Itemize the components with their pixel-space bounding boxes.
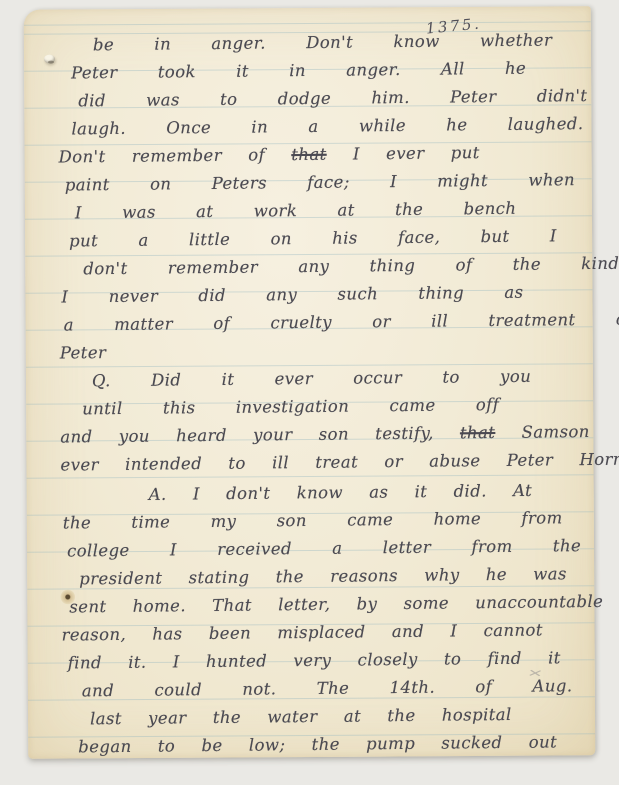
line-text: find it. I hunted very closely to find i…	[68, 648, 561, 672]
handwritten-line: Peter	[60, 345, 107, 362]
handwritten-line: sent home. That letter, by some unaccoun…	[69, 594, 603, 616]
handwritten-line: paint on Peters face; I might when	[65, 172, 575, 194]
line-text: sent home. That letter, by some unaccoun…	[69, 592, 603, 617]
handwritten-line: find it. I hunted very closely to find i…	[68, 650, 561, 672]
line-text: paint on Peters face; I might when	[65, 170, 575, 194]
handwritten-line: did was to dodge him. Peter didn't	[78, 88, 587, 110]
handwritten-line: Peter took it in anger. All he	[71, 61, 526, 82]
handwritten-line: the time my son came home from	[63, 510, 563, 532]
handwritten-line: a matter of cruelty or ill treatment of	[64, 312, 619, 334]
handwritten-line: A. I don't know as it did. At	[149, 483, 533, 504]
handwritten-line: last year the water at the hospital	[90, 707, 512, 728]
line-text: president stating the reasons why he was	[79, 564, 567, 588]
handwriting-block: be in anger. Don't know whether Peter to…	[24, 6, 596, 758]
struck-word: that	[291, 145, 327, 164]
line-text-pre: and you heard your son testify,	[60, 423, 460, 446]
line-text: last year the water at the hospital	[90, 705, 512, 728]
line-text: laugh. Once in a while he laughed.	[71, 114, 583, 138]
line-text: Peter	[60, 343, 107, 362]
struck-word: that	[460, 423, 496, 442]
line-text: until this investigation came off	[82, 395, 499, 418]
line-text: college I received a letter from the	[67, 536, 581, 560]
handwritten-line: began to be low; the pump sucked out	[78, 734, 557, 756]
line-text: ever intended to ill treat or abuse Pete…	[60, 449, 619, 474]
line-text-post: I ever put	[327, 143, 480, 164]
line-text: be in anger. Don't know whether	[93, 31, 552, 55]
handwritten-line: don't remember any thing of the kind	[83, 256, 619, 278]
handwritten-line: college I received a letter from the	[67, 538, 581, 560]
handwritten-line: ever intended to ill treat or abuse Pete…	[60, 451, 619, 474]
line-text: put a little on his face, but I	[69, 226, 557, 250]
handwritten-line: reason, has been misplaced and I cannot	[61, 622, 542, 644]
handwritten-line: president stating the reasons why he was	[79, 566, 567, 588]
line-text: don't remember any thing of the kind	[83, 254, 619, 279]
handwritten-line: and you heard your son testify, that Sam…	[60, 424, 590, 446]
line-text: I was at work at the bench	[75, 199, 517, 223]
line-text: began to be low; the pump sucked out	[78, 732, 557, 756]
line-text: A. I don't know as it did. At	[149, 481, 533, 504]
line-text: and could not. The 14th. of Aug.	[82, 676, 573, 700]
handwritten-line: Don't remember of that I ever put	[59, 145, 480, 166]
line-text-pre: Don't remember of	[59, 145, 292, 166]
line-text: Peter took it in anger. All he	[71, 59, 526, 83]
line-text: did was to dodge him. Peter didn't	[78, 86, 587, 110]
handwritten-line: Q. Did it ever occur to you	[92, 369, 531, 390]
line-text: Q. Did it ever occur to you	[92, 367, 531, 391]
line-text: a matter of cruelty or ill treatment of	[64, 310, 619, 335]
line-text: reason, has been misplaced and I cannot	[61, 620, 542, 644]
scan-background: ✕ 1375. be in anger. Don't know whether …	[0, 0, 619, 785]
line-text: the time my son came home from	[63, 508, 563, 532]
handwritten-line: until this investigation came off	[82, 397, 499, 418]
handwritten-line: put a little on his face, but I	[69, 228, 557, 250]
handwritten-line: I never did any such thing as	[61, 285, 523, 306]
handwritten-line: be in anger. Don't know whether	[93, 33, 552, 54]
handwritten-line: I was at work at the bench	[75, 201, 517, 222]
handwritten-line: laugh. Once in a while he laughed.	[71, 116, 583, 138]
handwritten-line: and could not. The 14th. of Aug.	[82, 678, 573, 700]
document-page: ✕ 1375. be in anger. Don't know whether …	[24, 6, 596, 758]
line-text: I never did any such thing as	[61, 283, 523, 307]
line-text-post: Samson	[495, 422, 590, 442]
